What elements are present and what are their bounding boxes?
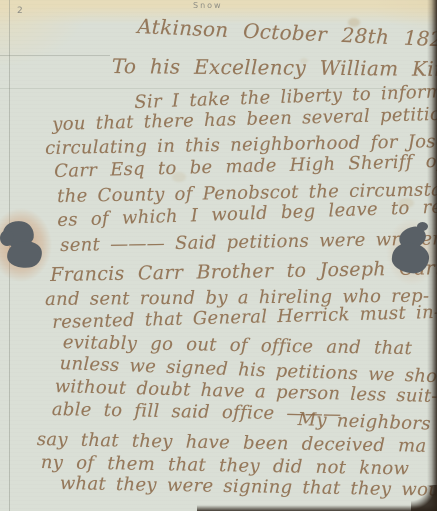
pencil-annotation-snow: Snow <box>193 1 223 10</box>
body-line: Francis Carr Brother to Joseph Carr <box>50 257 437 286</box>
body-line: you that there has been several petition… <box>52 103 437 135</box>
ink-blot-left <box>1 219 35 249</box>
ink-blot-left <box>0 230 14 246</box>
body-line: sent ——— Said petitions were written by <box>60 228 437 256</box>
ink-blot-left <box>6 239 44 270</box>
letter-scan: Snow 2 Atkinson October 28th 1820 To his… <box>0 0 437 511</box>
body-line: My neighbors <box>297 409 431 435</box>
salutation: To his Excellency William King <box>112 54 437 81</box>
dateline: Atkinson October 28th 1820 <box>137 14 437 52</box>
page-number: 2 <box>17 6 23 16</box>
scan-edge-bottom <box>197 505 437 511</box>
paper-fold-line <box>9 0 10 511</box>
paper-crease <box>0 55 110 56</box>
blot-halo-left <box>0 208 52 282</box>
